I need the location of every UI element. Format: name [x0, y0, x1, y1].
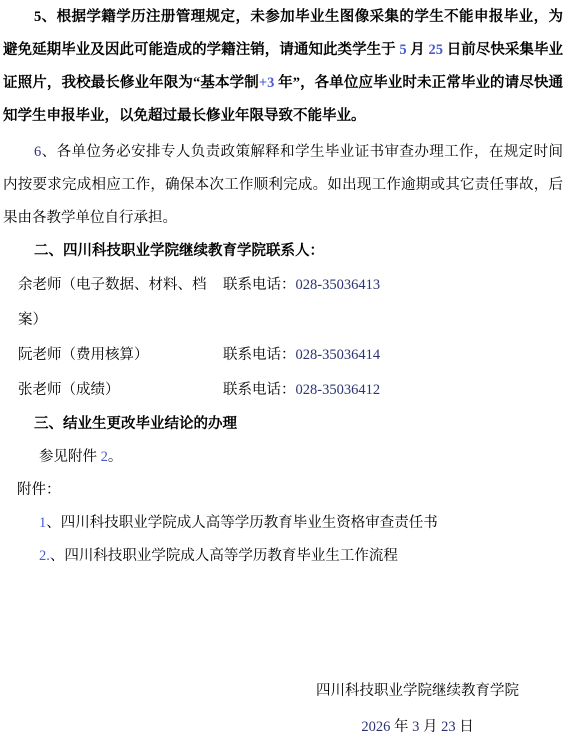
- contact-phone-label: 联系电话：: [223, 338, 296, 373]
- section-3-body: 参见附件 2。: [3, 441, 563, 474]
- attachments-label: 附件：: [3, 474, 563, 507]
- contact-name: 张老师（成绩）: [18, 373, 223, 408]
- contact-phone-number: 028-35036413: [296, 268, 381, 338]
- closing-block: 四川科技职业学院继续教育学院 2026 年 3 月 23 日: [316, 673, 519, 745]
- signature: 四川科技职业学院继续教育学院: [316, 673, 519, 709]
- contact-row: 张老师（成绩） 联系电话： 028-35036412: [3, 373, 563, 408]
- contact-phone-number: 028-35036412: [296, 373, 381, 408]
- attachment-item-2: 2.、四川科技职业学院成人高等学历教育毕业生工作流程: [3, 540, 563, 573]
- paragraph-item-5: 5、根据学籍学历注册管理规定，未参加毕业生图像采集的学生不能申报毕业，为避免延期…: [3, 1, 563, 133]
- paragraph-item-6: 6、各单位务必安排专人负责政策解释和学生毕业证书审查办理工作，在规定时间内按要求…: [3, 136, 563, 235]
- attachment-item-1: 1、四川科技职业学院成人高等学历教育毕业生资格审查责任书: [3, 507, 563, 540]
- date-line: 2026 年 3 月 23 日: [316, 709, 519, 745]
- contact-row: 余老师（电子数据、材料、档案） 联系电话： 028-35036413: [3, 268, 563, 338]
- contact-phone-number: 028-35036414: [296, 338, 381, 373]
- contact-name: 阮老师（费用核算）: [18, 338, 223, 373]
- contact-list: 余老师（电子数据、材料、档案） 联系电话： 028-35036413 阮老师（费…: [3, 268, 563, 408]
- contact-row: 阮老师（费用核算） 联系电话： 028-35036414: [3, 338, 563, 373]
- contact-name: 余老师（电子数据、材料、档案）: [18, 268, 223, 338]
- contact-phone-label: 联系电话：: [223, 268, 296, 338]
- document-page: 5、根据学籍学历注册管理规定，未参加毕业生图像采集的学生不能申报毕业，为避免延期…: [0, 0, 565, 752]
- contact-phone-label: 联系电话：: [223, 373, 296, 408]
- section-3-heading: 三、结业生更改毕业结论的办理: [3, 408, 563, 441]
- section-2-heading: 二、四川科技职业学院继续教育学院联系人：: [3, 235, 563, 268]
